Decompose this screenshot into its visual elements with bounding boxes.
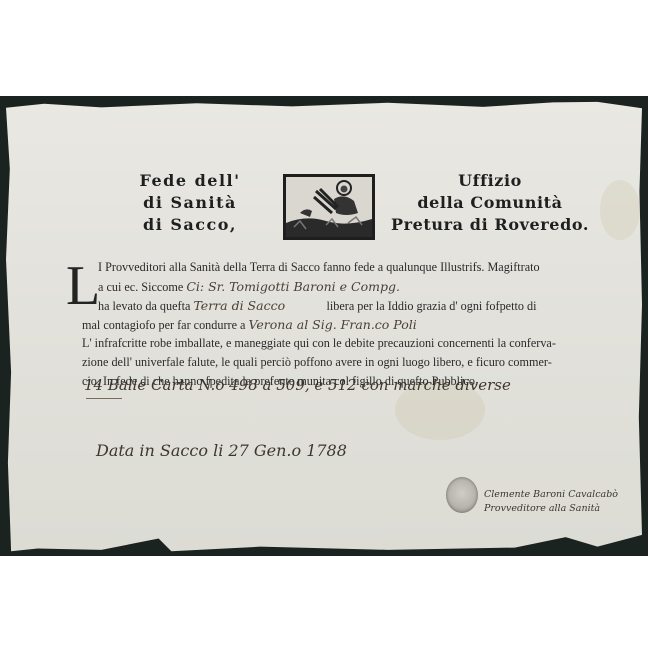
header-right: Uffizio della Comunità Pretura di Rovere…	[380, 170, 600, 236]
printed-text: I Provveditori alla Sanità della Terra d…	[98, 260, 540, 274]
body-line: mal contagiofo per far condurre a Verona…	[82, 315, 618, 334]
header-left-line: di Sanità	[100, 192, 280, 214]
body-line: L' infrafcritte robe imballate, e manegg…	[82, 334, 618, 353]
drop-cap: L	[66, 258, 100, 314]
header-right-line: della Comunità	[380, 192, 600, 214]
printed-text: zione dell' univerfale falute, le quali …	[82, 355, 552, 369]
header-left: Fede dell' di Sanità di Sacco,	[100, 170, 280, 236]
date-line: Data in Sacco li 27 Gen.o 1788	[96, 441, 347, 460]
header-left-line: di Sacco,	[100, 214, 280, 236]
signature-title: Provveditore alla Sanità	[484, 502, 634, 516]
body-line: ha levato da quefta Terra di Sacco liber…	[98, 296, 618, 315]
body-line: a cui ec. Siccome Ci: Sr. Tomigotti Baro…	[98, 277, 618, 296]
header-left-line: Fede dell'	[100, 170, 280, 192]
printed-text: mal contagiofo per far condurre a	[82, 318, 245, 332]
printed-text: L' infrafcritte robe imballate, e manegg…	[82, 336, 556, 350]
underline-flourish	[86, 398, 122, 399]
header-right-line: Uffizio	[380, 170, 600, 192]
printed-text: ha levato da quefta	[98, 299, 190, 313]
handwritten-text: Terra di Sacco	[193, 296, 323, 315]
woodcut-saint-icon	[283, 174, 375, 240]
handwritten-text: Verona al Sig. Fran.co Poli	[248, 317, 416, 332]
goods-description: 14 Balle Carta N.o 498 a 509, e 512 con …	[84, 376, 544, 394]
printed-text: a cui ec. Siccome	[98, 280, 183, 294]
paper-stain	[600, 180, 640, 240]
signature: Clemente Baroni Cavalcabò Provveditore a…	[484, 488, 634, 516]
body-line: I Provveditori alla Sanità della Terra d…	[98, 258, 618, 277]
header-right-line: Pretura di Roveredo.	[380, 214, 600, 236]
certificate-body: I Provveditori alla Sanità della Terra d…	[98, 258, 618, 391]
signature-name: Clemente Baroni Cavalcabò	[484, 488, 634, 502]
wax-seal-icon	[446, 477, 478, 513]
printed-text: libera per la Iddio grazia d' ogni fofpe…	[326, 299, 536, 313]
handwritten-text: Ci: Sr. Tomigotti Baroni e Compg.	[186, 279, 400, 294]
body-line: zione dell' univerfale falute, le quali …	[82, 353, 618, 372]
